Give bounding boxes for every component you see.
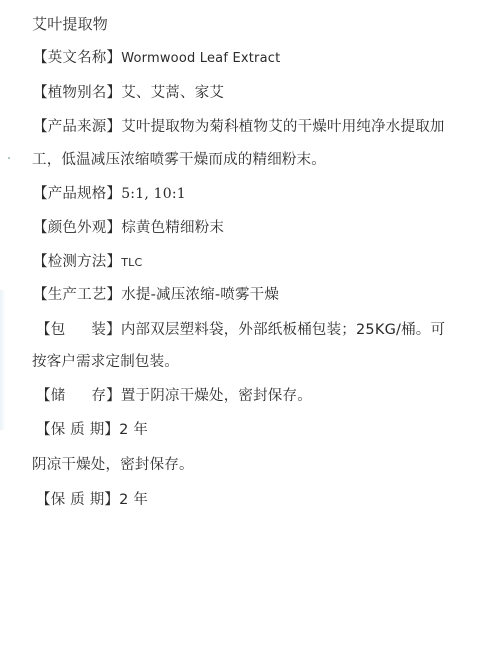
field-value-line1: 艾叶提取物为菊科植物艾的干燥叶用纯净水提取加	[121, 119, 444, 135]
field-label-close: 存】	[91, 388, 120, 404]
field-source-continued: 工，低温减压浓缩喷雾干燥而成的精细粉末。	[32, 150, 326, 170]
field-value: 棕黄色精细粉末	[121, 220, 224, 236]
field-label: 【保 质 期】	[36, 422, 119, 438]
field-label: 【植物别名】	[33, 85, 121, 101]
page-title: 艾叶提取物	[32, 14, 108, 34]
storage-repeat-text: 阴凉干燥处，密封保存。	[32, 455, 194, 475]
field-value: 2 年	[119, 422, 148, 438]
field-value: 艾、艾蒿、家艾	[121, 85, 224, 101]
field-label-close: 装】	[91, 322, 120, 338]
stray-dot-decoration	[8, 157, 10, 159]
field-value: 置于阴凉干燥处，密封保存。	[121, 388, 312, 404]
field-label: 【保 质 期】	[36, 492, 119, 508]
field-test-method: 【检测方法】TLC	[33, 252, 142, 273]
field-value: 水提-减压浓缩-喷雾干燥	[121, 287, 279, 303]
field-english-name: 【英文名称】Wormwood Leaf Extract	[33, 48, 280, 69]
field-label: 【检测方法】	[33, 254, 121, 270]
field-label: 【产品来源】	[33, 119, 121, 135]
field-label: 【颜色外观】	[33, 220, 121, 236]
field-shelf-life-repeat: 【保 质 期】2 年	[36, 490, 148, 510]
field-label-open: 【储	[36, 388, 65, 404]
field-value-line1: 内部双层塑料袋，外部纸板桶包装；25KG/桶。可	[121, 322, 445, 338]
field-appearance: 【颜色外观】棕黄色精细粉末	[33, 218, 224, 238]
field-shelf-life: 【保 质 期】2 年	[36, 420, 148, 440]
field-source: 【产品来源】艾叶提取物为菊科植物艾的干燥叶用纯净水提取加	[33, 117, 445, 137]
field-label-open: 【包	[36, 322, 65, 338]
field-value: 5:1, 10:1	[121, 186, 186, 202]
field-packaging: 【包装】内部双层塑料袋，外部纸板桶包装；25KG/桶。可	[36, 320, 445, 340]
field-packaging-continued: 按客户需求定制包装。	[32, 352, 179, 372]
field-spec: 【产品规格】5:1, 10:1	[33, 184, 186, 204]
field-plant-alias: 【植物别名】艾、艾蒿、家艾	[33, 83, 224, 103]
field-label: 【产品规格】	[33, 186, 121, 202]
edge-tint-decoration	[0, 290, 6, 430]
field-value: 2 年	[119, 492, 148, 508]
field-label: 【生产工艺】	[33, 287, 121, 303]
field-storage: 【储存】置于阴凉干燥处，密封保存。	[36, 386, 312, 406]
field-value: TLC	[121, 256, 142, 269]
field-label: 【英文名称】	[33, 50, 121, 66]
field-process: 【生产工艺】水提-减压浓缩-喷雾干燥	[33, 285, 279, 305]
field-value: Wormwood Leaf Extract	[121, 51, 280, 66]
